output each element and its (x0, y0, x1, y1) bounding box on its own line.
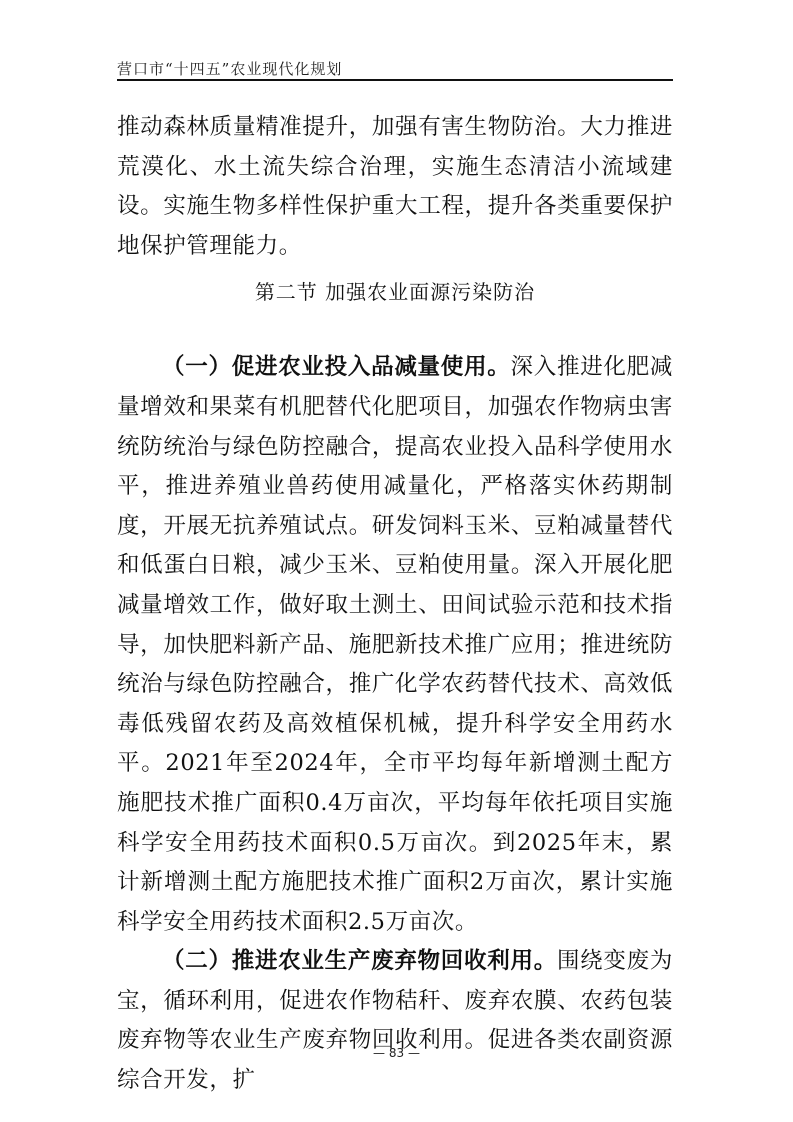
item-1-text: 深入推进化肥减量增效和果菜有机肥替代化肥项目，加强农作物病虫害统防统治与绿色防控… (117, 354, 673, 934)
document-body: 推动森林质量精准提升，加强有害生物防治。大力推进荒漠化、水土流失综合治理，实施生… (117, 108, 673, 1101)
item-1-paragraph: （一）促进农业投入品减量使用。深入推进化肥减量增效和果菜有机肥替代化肥项目，加强… (117, 348, 673, 942)
running-header: 营口市“十四五”农业现代化规划 (117, 58, 673, 79)
item-2-heading: （二）推进农业生产废弃物回收利用。 (162, 948, 557, 974)
intro-paragraph: 推动森林质量精准提升，加强有害生物防治。大力推进荒漠化、水土流失综合治理，实施生… (117, 108, 673, 266)
page-number: — 83 — (0, 1046, 793, 1060)
section-title: 第二节 加强农业面源污染防治 (117, 272, 673, 312)
header-divider (117, 79, 673, 81)
item-1-heading: （一）促进农业投入品减量使用。 (162, 354, 511, 380)
spacer (117, 312, 673, 348)
item-2-paragraph: （二）推进农业生产废弃物回收利用。围绕变废为宝，循环利用，促进农作物秸秆、废弃农… (117, 942, 673, 1100)
